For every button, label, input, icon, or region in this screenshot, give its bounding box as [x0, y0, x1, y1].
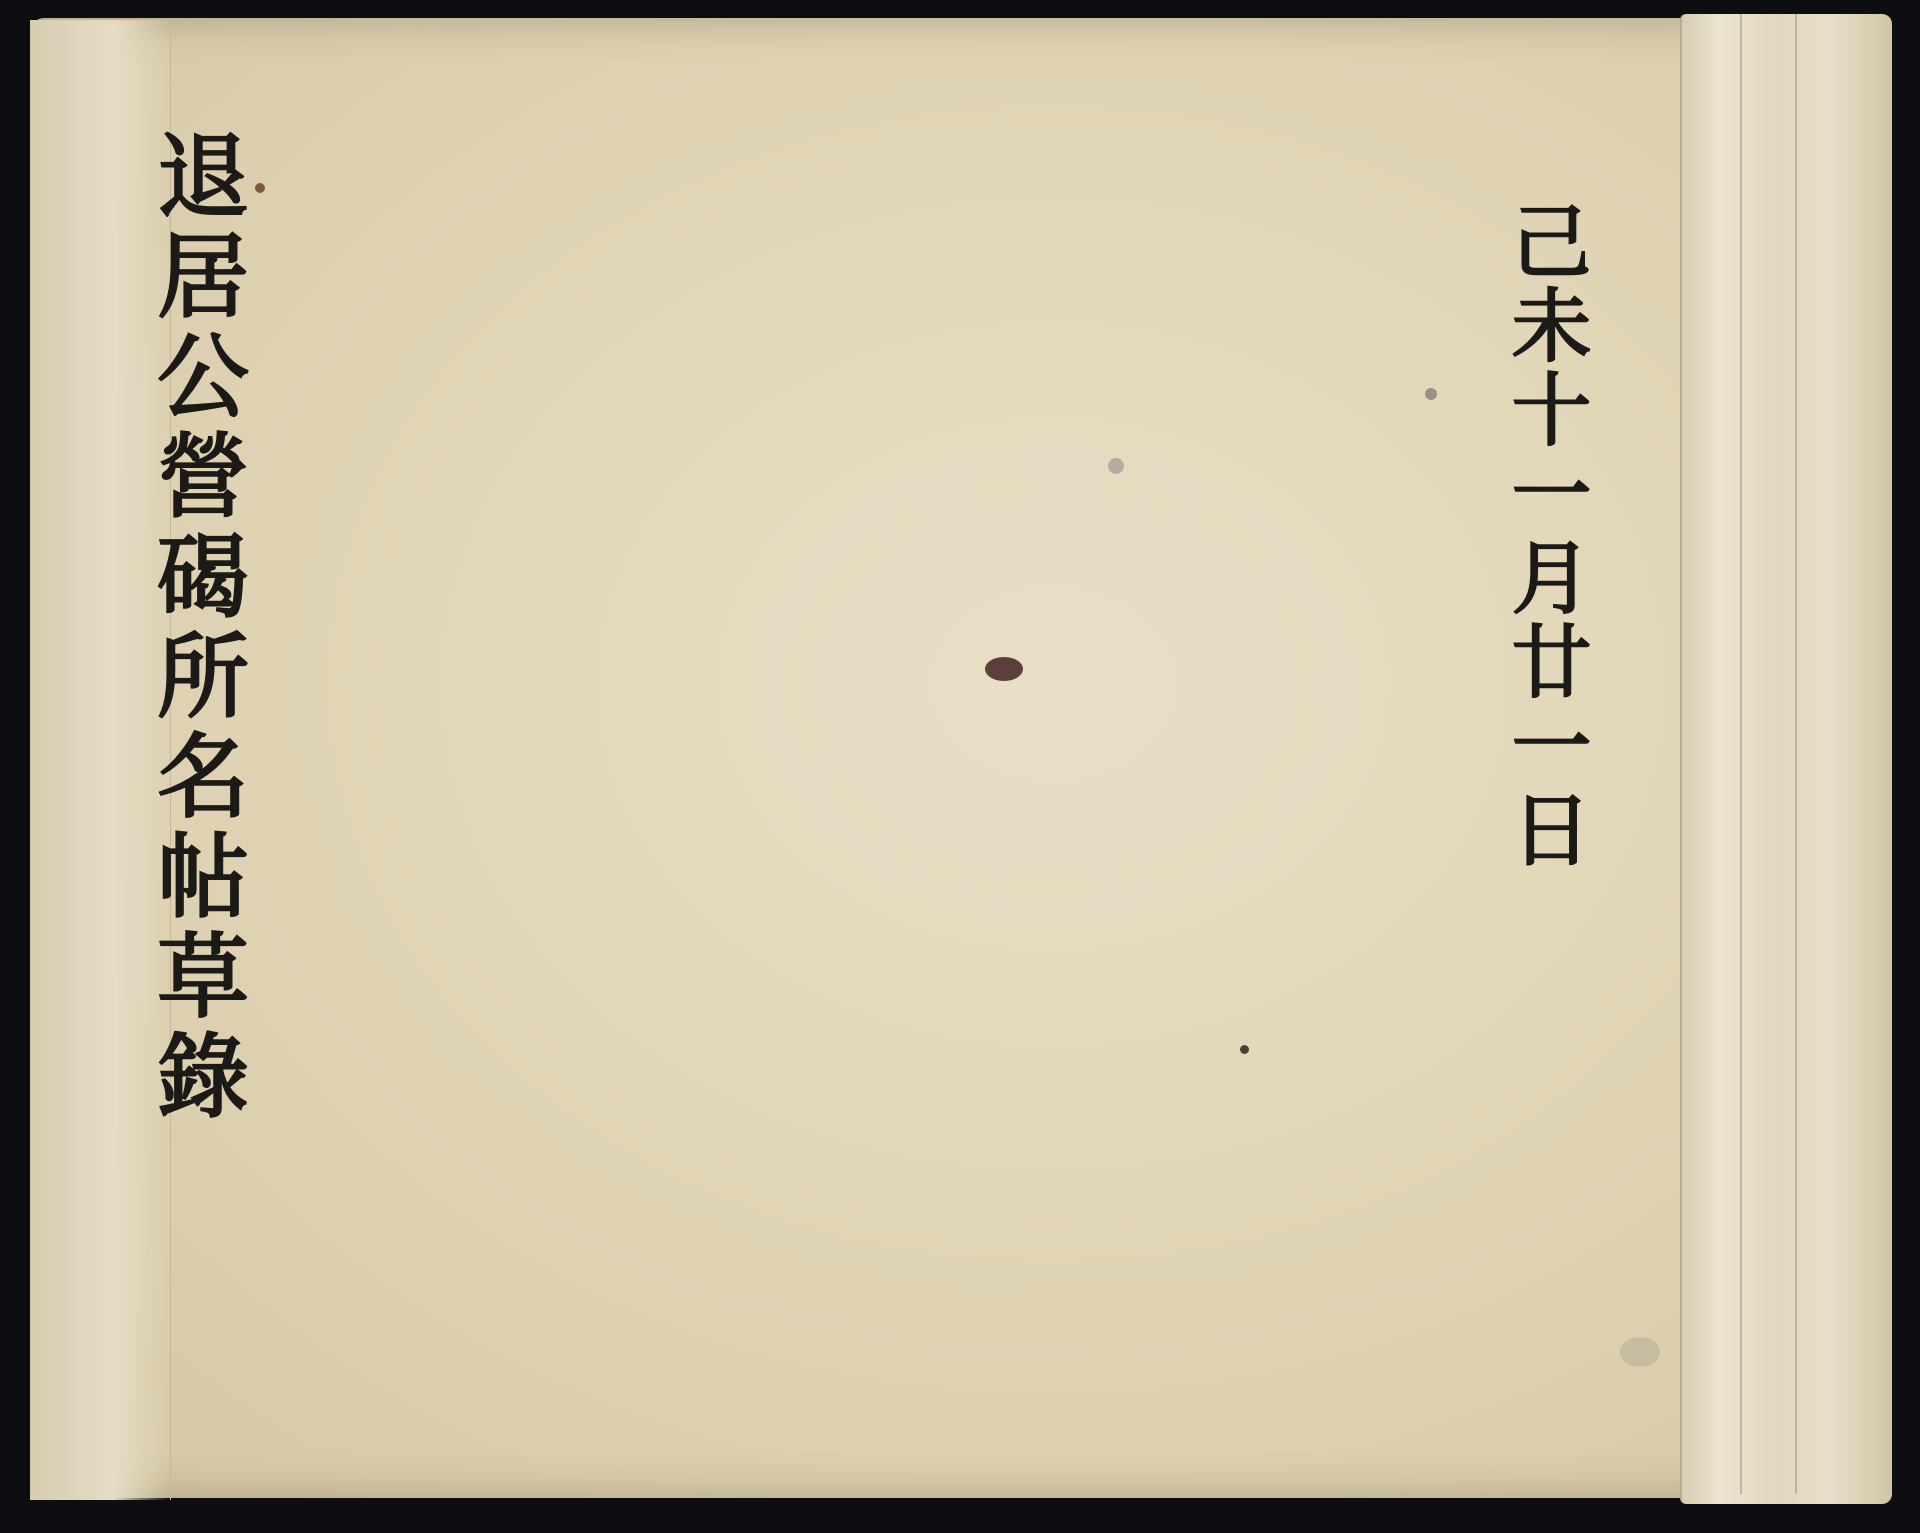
spot-stain [1108, 458, 1124, 474]
spot-stain [1425, 388, 1437, 400]
manuscript-cover [30, 18, 1890, 1498]
spine-crease [1740, 14, 1742, 1494]
paper-crease [1620, 1337, 1660, 1367]
spot-stain [255, 183, 265, 193]
cover-date: 己未十一月廿一日 [1505, 200, 1585, 872]
spot-stain [1240, 1045, 1249, 1054]
cover-title: 退居公營碣所名帖草錄 [150, 128, 242, 1128]
ink-stain [985, 657, 1023, 681]
spine-crease [1795, 14, 1797, 1494]
bound-spine [1680, 14, 1892, 1504]
